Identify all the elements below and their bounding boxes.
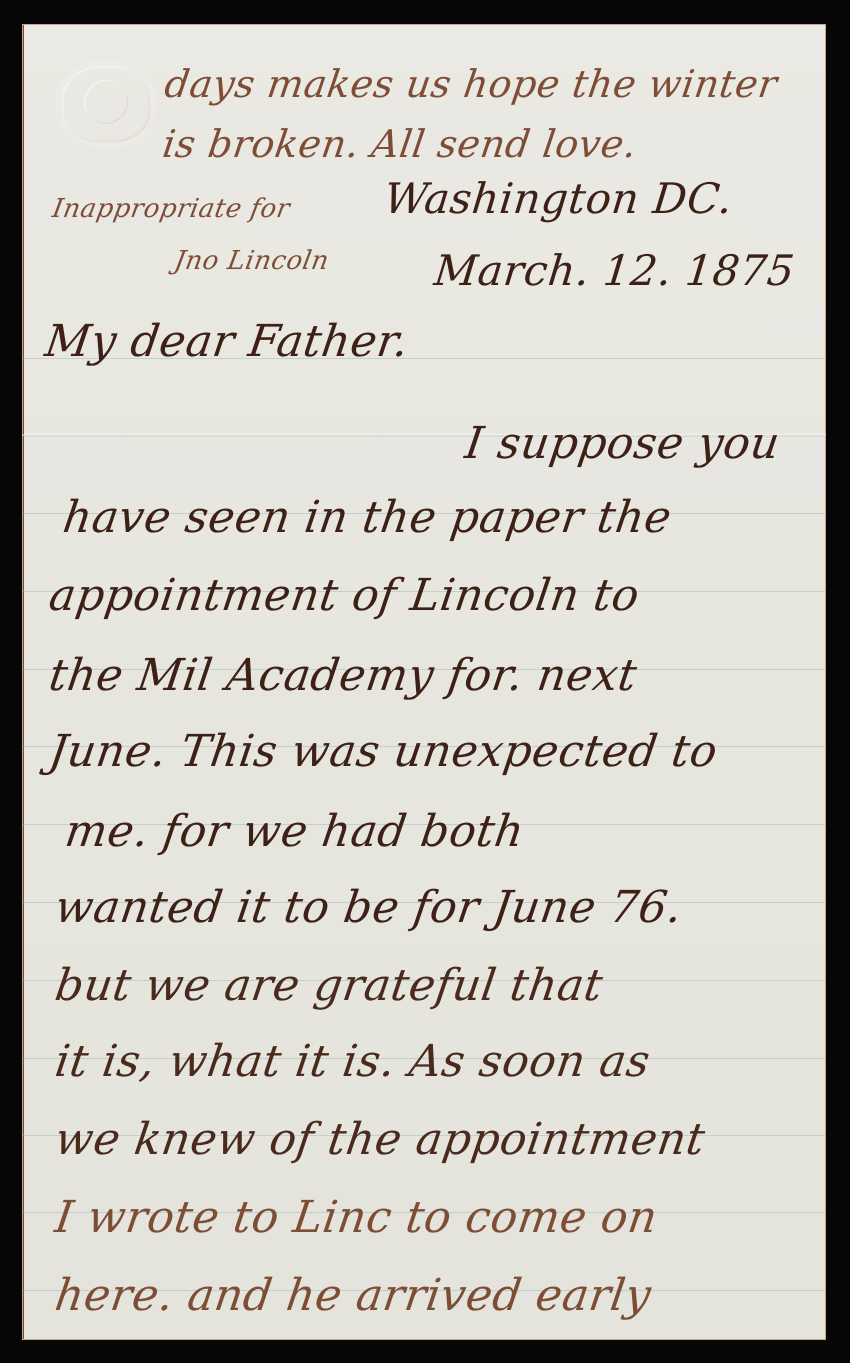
- letter-page: days makes us hope the winter is broken.…: [22, 24, 826, 1340]
- body-line: but we are grateful that: [52, 960, 606, 1011]
- body-line: it is, what it is. As soon as: [52, 1036, 653, 1087]
- salutation: My dear Father.: [42, 316, 412, 367]
- embossed-seal-icon: [62, 66, 150, 142]
- body-line: have seen in the paper the: [60, 492, 675, 543]
- body-line: I wrote to Linc to come on: [52, 1192, 661, 1243]
- body-line: I suppose you: [462, 418, 783, 469]
- postscript-line-1: days makes us hope the winter: [162, 62, 780, 106]
- letter-place: Washington DC.: [382, 174, 735, 223]
- body-line: here. and he arrived early: [52, 1270, 654, 1321]
- body-line: appointment of Lincoln to: [46, 570, 643, 621]
- archival-annotation-line-2: Jno Lincoln: [172, 246, 331, 276]
- body-line: the Mil Academy for. next: [46, 650, 640, 701]
- body-line: me. for we had both: [62, 806, 527, 857]
- body-line: June. This was unexpected to: [46, 726, 721, 777]
- body-line: wanted it to be for June 76.: [52, 882, 685, 933]
- archival-annotation-line-1: Inappropriate for: [50, 194, 292, 224]
- postscript-line-2: is broken. All send love.: [160, 122, 640, 166]
- letter-date: March. 12. 1875: [432, 246, 797, 295]
- body-line: we knew of the appointment: [52, 1114, 708, 1165]
